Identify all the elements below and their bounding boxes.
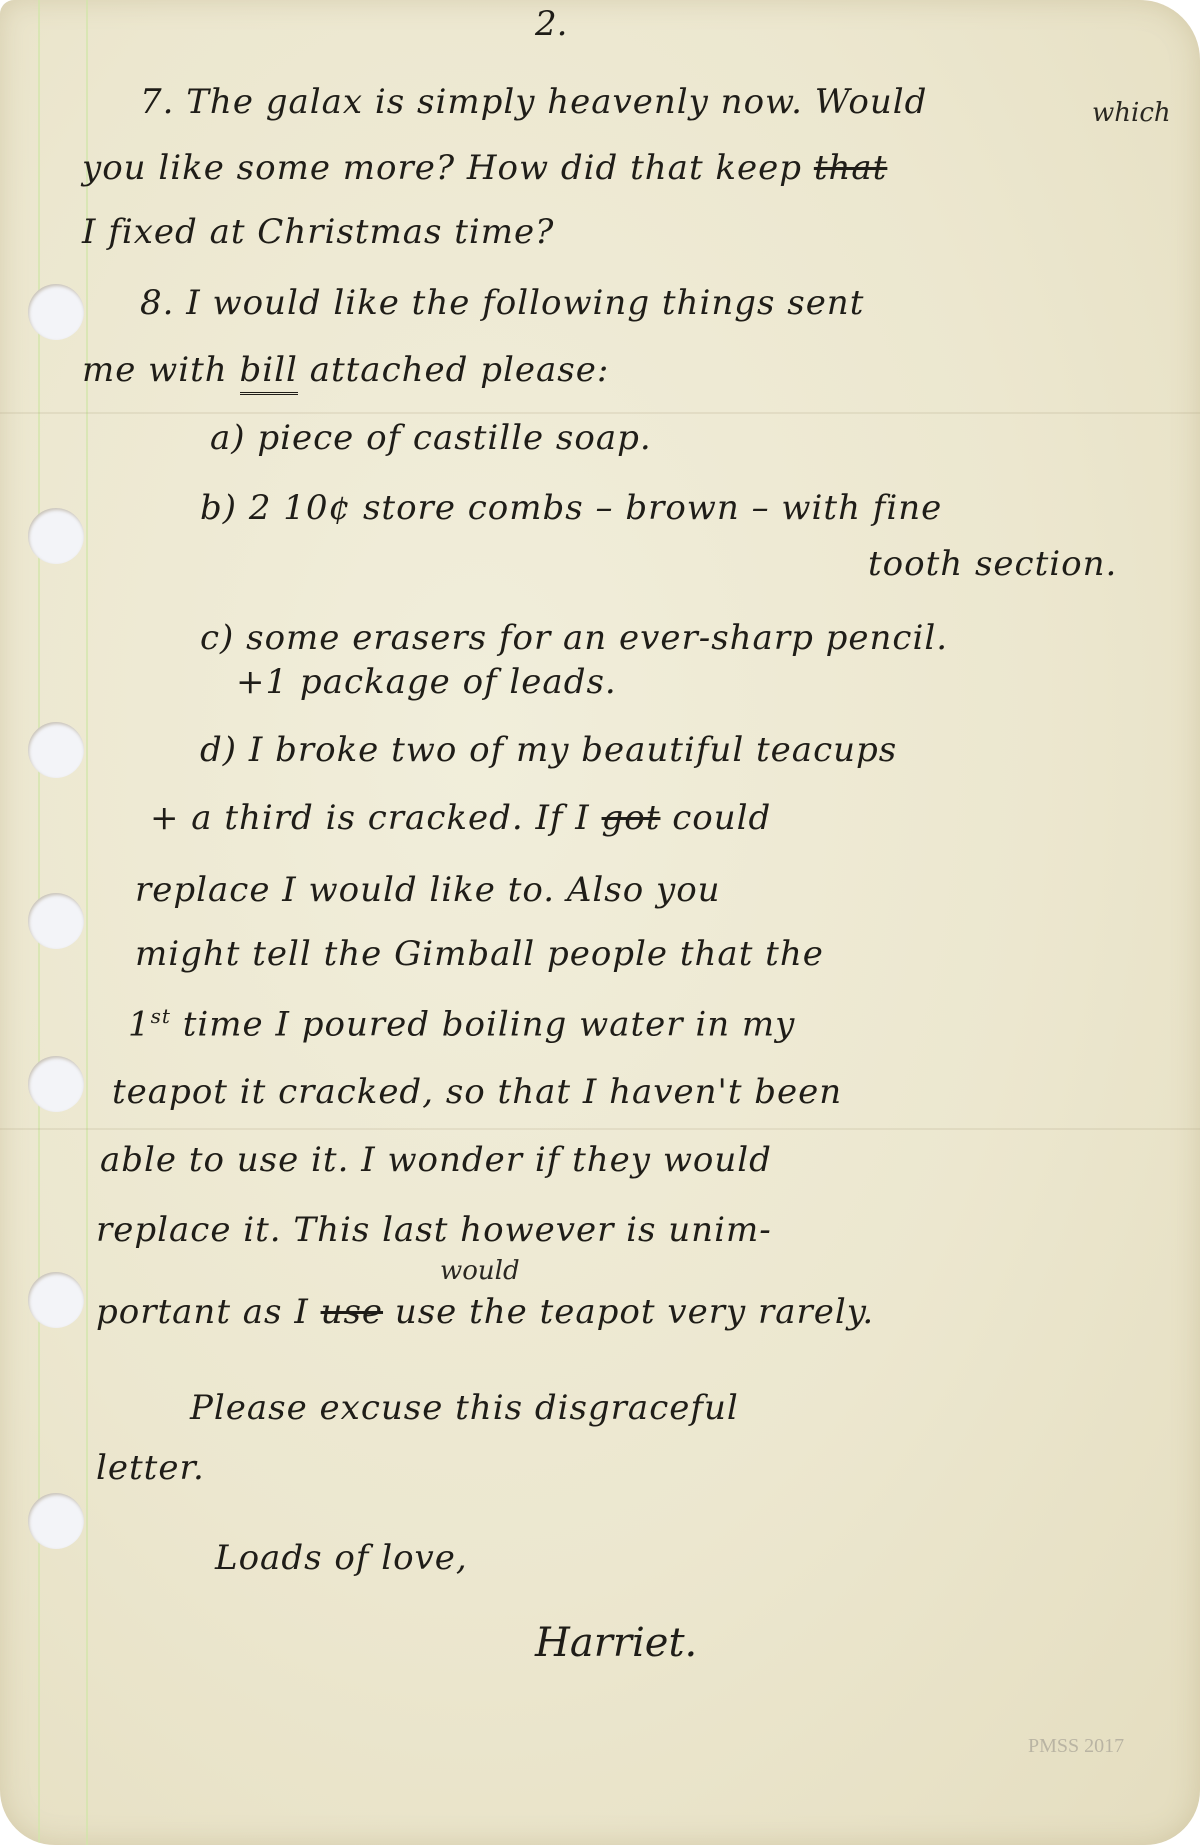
inserted-word: which — [1092, 98, 1171, 128]
letter-line: replace it. This last however is unim- — [96, 1210, 772, 1250]
punch-hole — [28, 1272, 84, 1328]
paper-fold — [0, 1128, 1200, 1130]
struck-word: use — [321, 1292, 383, 1332]
margin-line — [86, 0, 88, 1845]
punch-hole — [28, 284, 84, 340]
letter-page: 2. 7. The galax is simply heavenly now. … — [0, 0, 1200, 1845]
closing-line: letter. — [96, 1448, 205, 1488]
underlined-word: bill — [240, 350, 298, 395]
letter-line: 7. The galax is simply heavenly now. Wou… — [140, 82, 927, 122]
letter-line: 1st time I poured boiling water in my — [128, 1004, 795, 1044]
letter-line: portant as I use use the teapot very rar… — [96, 1292, 874, 1332]
list-item-d: d) I broke two of my beautiful teacups — [200, 730, 897, 770]
punch-hole — [28, 722, 84, 778]
list-item-c: c) some erasers for an ever-sharp pencil… — [200, 618, 948, 658]
letter-line: able to use it. I wonder if they would — [100, 1140, 772, 1180]
punch-hole — [28, 508, 84, 564]
page-number: 2. — [535, 4, 567, 44]
list-item-b: b) 2 10¢ store combs – brown – with fine — [200, 488, 942, 528]
punch-hole — [28, 1056, 84, 1112]
punch-hole — [28, 893, 84, 949]
letter-line: I fixed at Christmas time? — [82, 212, 554, 252]
punch-hole — [28, 1493, 84, 1549]
letter-line: might tell the Gimball people that the — [135, 934, 824, 974]
letter-line: + a third is cracked. If I got could — [150, 798, 771, 838]
letter-line: tooth section. — [868, 544, 1117, 584]
letter-line: +1 package of leads. — [236, 662, 617, 702]
struck-word: got — [602, 798, 661, 838]
struck-word: that — [814, 148, 888, 188]
inserted-word: would — [440, 1256, 520, 1286]
signature: Harriet. — [535, 1620, 697, 1666]
letter-line: me with bill attached please: — [82, 350, 609, 390]
letter-line: replace I would like to. Also you — [135, 870, 721, 910]
letter-line: you like some more? How did that keep th… — [82, 148, 887, 188]
letter-line: teapot it cracked, so that I haven't bee… — [112, 1072, 842, 1112]
watermark: PMSS 2017 — [1028, 1735, 1124, 1758]
letter-line: 8. I would like the following things sen… — [140, 283, 864, 323]
closing-line: Please excuse this disgraceful — [190, 1388, 739, 1428]
list-item-a: a) piece of castille soap. — [210, 418, 652, 458]
paper-fold — [0, 412, 1200, 414]
valediction: Loads of love, — [215, 1538, 468, 1578]
